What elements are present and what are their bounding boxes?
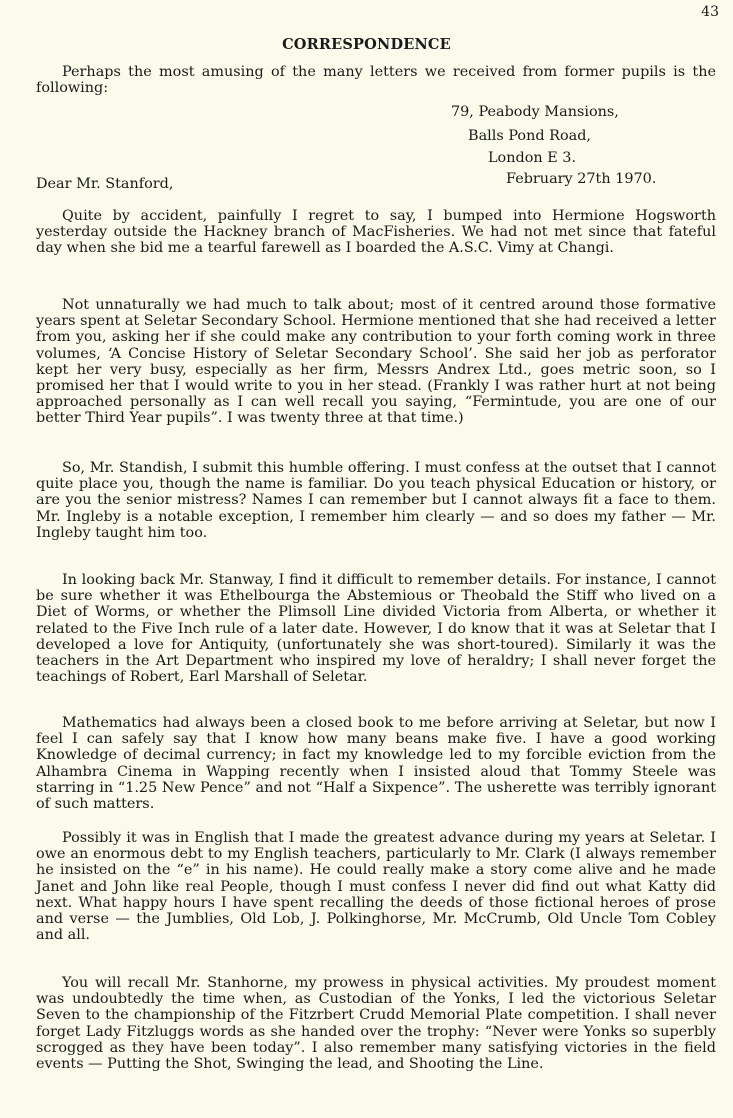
letter-paragraph: Not unnaturally we had much to talk abou… bbox=[36, 297, 716, 427]
letter-paragraph: Quite by accident, painfully I regret to… bbox=[36, 208, 716, 257]
letter-paragraph: Mathematics had always been a closed boo… bbox=[36, 715, 716, 812]
letter-body-7: You will recall Mr. Stanhorne, my prowes… bbox=[36, 975, 716, 1072]
address-line: 79, Peabody Mansions, bbox=[451, 103, 619, 123]
letter-paragraph: You will recall Mr. Stanhorne, my prowes… bbox=[36, 975, 716, 1072]
page-number: 43 bbox=[701, 4, 719, 20]
address-line: Balls Pond Road, bbox=[468, 127, 591, 147]
letter-body-6: Possibly it was in English that I made t… bbox=[36, 830, 716, 943]
letter-paragraph: So, Mr. Standish, I submit this humble o… bbox=[36, 460, 716, 541]
letter-salutation: Dear Mr. Stanford, bbox=[36, 176, 173, 192]
letter-paragraph: Possibly it was in English that I made t… bbox=[36, 830, 716, 943]
letter-body-1: Quite by accident, painfully I regret to… bbox=[36, 208, 716, 257]
letter-body-2: Not unnaturally we had much to talk abou… bbox=[36, 297, 716, 427]
letter-date: February 27th 1970. bbox=[506, 170, 656, 190]
letter-body-5: Mathematics had always been a closed boo… bbox=[36, 715, 716, 812]
letter-paragraph: In looking back Mr. Stanway, I find it d… bbox=[36, 572, 716, 685]
letter-body-3: So, Mr. Standish, I submit this humble o… bbox=[36, 460, 716, 541]
intro-paragraph: Perhaps the most amusing of the many let… bbox=[36, 64, 716, 96]
intro-paragraph-container: Perhaps the most amusing of the many let… bbox=[36, 64, 716, 96]
page-title: CORRESPONDENCE bbox=[0, 36, 733, 53]
address-line: London E 3. bbox=[488, 149, 576, 169]
letter-body-4: In looking back Mr. Stanway, I find it d… bbox=[36, 572, 716, 685]
